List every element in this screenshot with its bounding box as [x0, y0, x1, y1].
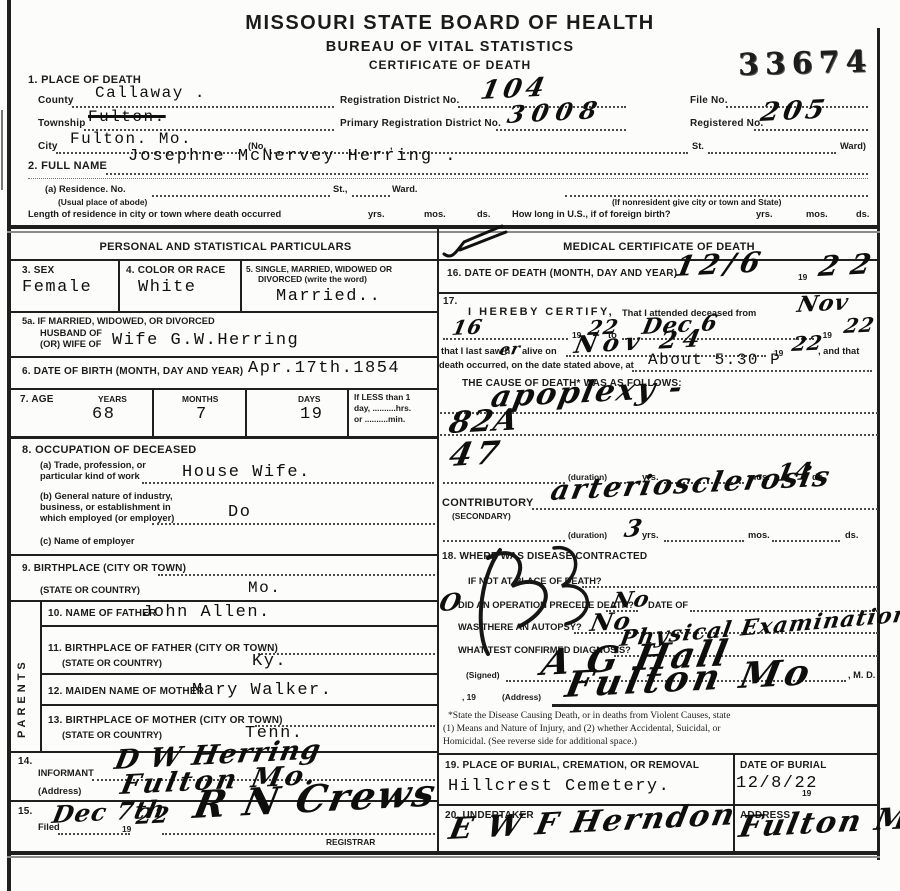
alive-on-text: alive on	[522, 346, 557, 356]
race-value: White	[138, 278, 197, 297]
city-label: City	[38, 141, 58, 152]
parents-strip-divider	[40, 600, 42, 752]
yrs-label: yrs.	[642, 530, 659, 540]
marital-value: Married..	[276, 287, 381, 306]
leader-line	[772, 540, 840, 542]
death-certificate: MISSOURI STATE BOARD OF HEALTH BUREAU OF…	[0, 0, 900, 891]
leader-line	[162, 833, 435, 835]
contributory-value: arteriosclerosis	[548, 460, 834, 507]
cell-divider	[347, 388, 349, 436]
signed-label: (Signed)	[466, 670, 500, 680]
township-value: Fulton.	[88, 108, 166, 126]
ward-label: Ward)	[840, 141, 866, 151]
row-divider	[7, 356, 437, 358]
full-name-value: Josephne McNervey Herring .	[128, 147, 457, 166]
state-country-label: (STATE OR COUNTRY)	[62, 658, 162, 668]
how-long-us-label: How long in U.S., if of foreign birth?	[512, 209, 671, 219]
parents-label: PARENTS	[16, 638, 28, 738]
less-than-label-2: day, ..........hrs.	[354, 403, 411, 413]
duration-label: (duration)	[568, 530, 607, 540]
residence-ward-label: Ward.	[392, 184, 417, 194]
burial-date-label: DATE OF BURIAL	[740, 760, 827, 771]
check-scribble-icon	[440, 222, 510, 262]
occ-c-label: (c) Name of employer	[40, 536, 135, 546]
right-border	[877, 28, 880, 860]
yrs-label: yrs.	[368, 209, 385, 219]
date-of-label: DATE OF	[648, 600, 688, 610]
attended-from-day: 16	[450, 314, 485, 340]
registered-no-value: 205	[758, 95, 831, 128]
row-divider	[438, 753, 878, 755]
burial-place-value: Hillcrest Cemetery.	[448, 777, 670, 796]
footnote-line-2: (1) Means and Nature of Injury, and (2) …	[443, 723, 721, 734]
time-of-death-value: About 5.30 P	[648, 351, 781, 369]
less-than-label-3: or ..........min.	[354, 414, 405, 424]
wife-of-label: (OR) WIFE OF	[40, 339, 101, 349]
residence-label: (a) Residence. No.	[45, 184, 126, 194]
md-label: , M. D.	[848, 670, 875, 680]
and-that-text: , and that	[818, 346, 859, 356]
item-17-number: 17.	[443, 296, 458, 307]
leader-line	[664, 540, 744, 542]
leader-line	[28, 178, 868, 179]
yrs-label: yrs.	[756, 209, 773, 219]
marital-label: 5. SINGLE, MARRIED, WIDOWED OR	[246, 264, 392, 274]
page-title: MISSOURI STATE BOARD OF HEALTH	[38, 12, 862, 35]
mos-label: mos.	[424, 209, 446, 219]
residence-st-label: St.,	[333, 184, 347, 194]
occ-b-label: (b) General nature of industry,	[40, 491, 173, 501]
cause-code-2: 47	[446, 433, 507, 474]
occ-a-label: (a) Trade, profession, or	[40, 460, 146, 470]
spouse-value: Wife G.W.Herring	[112, 331, 299, 350]
filed-19-label: 19	[122, 824, 131, 834]
date-of-death-label: 16. DATE OF DEATH (MONTH, DAY AND YEAR)	[447, 268, 677, 279]
physician-address-label: (Address)	[502, 692, 541, 702]
row-divider	[7, 388, 437, 390]
township-label: Township	[38, 118, 86, 129]
cell-divider	[240, 259, 242, 312]
age-months-value: 7	[196, 405, 208, 424]
leader-line	[152, 523, 435, 525]
days-label: DAYS	[298, 394, 321, 404]
age-years-value: 68	[92, 405, 115, 424]
occ-a-value: House Wife.	[182, 463, 311, 482]
occ-b-label-2: business, or establishment in	[40, 502, 171, 512]
leader-line	[352, 195, 390, 197]
row-divider	[552, 704, 878, 707]
filed-year-value: 22	[134, 802, 172, 830]
date-of-death-value: 12/6	[672, 245, 768, 283]
occ-b-value: Do	[228, 503, 251, 522]
her-handwritten: er	[498, 339, 523, 359]
leader-line	[532, 508, 878, 510]
age-label: 7. AGE	[20, 394, 54, 405]
dob-label: 6. DATE OF BIRTH (MONTH, DAY AND YEAR)	[22, 366, 243, 377]
months-label: MONTHS	[182, 394, 218, 404]
ds-label: ds.	[477, 209, 490, 219]
state-country-label: (STATE OR COUNTRY)	[62, 730, 162, 740]
mother-name-label: 12. MAIDEN NAME OF MOTHER	[48, 686, 204, 697]
sex-value: Female	[22, 278, 92, 297]
occupation-label: 8. OCCUPATION OF DECEASED	[22, 444, 197, 456]
county-value: Callaway .	[95, 84, 206, 102]
spouse-label: 5a. IF MARRIED, WIDOWED, OR DIVORCED	[22, 316, 215, 326]
row-divider	[7, 311, 437, 313]
st-label: St.	[692, 141, 704, 151]
length-residence-label: Length of residence in city or town wher…	[28, 209, 281, 219]
registrar-label: REGISTRAR	[326, 837, 375, 847]
leader-line	[708, 152, 836, 154]
row-divider	[40, 673, 437, 675]
left-column-header: PERSONAL AND STATISTICAL PARTICULARS	[14, 241, 437, 253]
printed-19: 19	[802, 788, 811, 798]
father-birthplace-label: 11. BIRTHPLACE OF FATHER (CITY OR TOWN)	[48, 643, 278, 654]
undertaker-address-value: Fulton Mo	[736, 800, 900, 845]
primary-district-label: Primary Registration District No.	[340, 118, 501, 129]
marital-label-2: DIVORCED (write the word)	[258, 274, 367, 284]
item-15-number: 15.	[18, 806, 33, 817]
leader-line	[754, 129, 868, 131]
informant-label: INFORMANT	[38, 768, 94, 778]
certificate-number-stamp: 33674	[738, 44, 873, 83]
birthplace-label: 9. BIRTHPLACE (CITY OR TOWN)	[22, 563, 186, 574]
footnote-line-3: Homicidal. (See reverse side for additio…	[443, 736, 637, 747]
file-no-label: File No.	[690, 95, 728, 106]
footnote-line-1: *State the Disease Causing Death, or in …	[448, 710, 730, 721]
nonresident-label: (If nonresident give city or town and St…	[612, 197, 781, 207]
secondary-label: (SECONDARY)	[452, 511, 511, 521]
item-14-number: 14.	[18, 756, 33, 767]
leader-line	[158, 574, 435, 576]
father-name-label: 10. NAME OF FATHER	[48, 608, 156, 619]
occ-a-label-2: particular kind of work	[40, 471, 140, 481]
county-label: County	[38, 95, 74, 106]
attended-from-month: Nov	[795, 289, 851, 318]
column-divider	[437, 225, 439, 853]
less-than-label: If LESS than 1	[354, 392, 410, 402]
attended-to-year: 22	[842, 312, 877, 338]
father-name-value: John Allen.	[142, 603, 271, 622]
burial-label: 19. PLACE OF BURIAL, CREMATION, OR REMOV…	[445, 760, 699, 771]
row-divider	[7, 554, 437, 556]
registered-no-label: Registered No.	[690, 118, 763, 129]
overlay-scribble	[458, 542, 608, 667]
leader-line	[58, 833, 130, 835]
mos-label: mos.	[748, 530, 770, 540]
city-value: Fulton. Mo.	[70, 130, 192, 148]
leader-line	[106, 173, 868, 175]
row-divider	[7, 436, 437, 439]
date-of-death-year: 2 2	[816, 247, 875, 283]
leader-line	[496, 129, 626, 131]
registration-district-label: Registration District No.	[340, 95, 459, 106]
race-label: 4. COLOR OR RACE	[126, 265, 225, 276]
leader-line	[443, 482, 565, 484]
full-name-label: 2. FULL NAME	[28, 160, 107, 172]
state-country-label: (STATE OR COUNTRY)	[40, 585, 140, 595]
years-label: YEARS	[98, 394, 127, 404]
death-occurred-text: death occurred, on the date stated above…	[439, 360, 634, 370]
birthplace-value: Mo.	[248, 579, 281, 597]
husband-of-label: HUSBAND OF	[40, 328, 102, 338]
scan-artifact	[7, 856, 880, 858]
father-birthplace-value: Ky.	[252, 652, 287, 671]
cell-divider	[118, 259, 120, 312]
printed-19: 19	[798, 272, 807, 282]
row-divider	[7, 600, 437, 602]
bottom-border	[7, 851, 880, 855]
leader-line	[152, 195, 330, 197]
scan-artifact	[1, 110, 3, 190]
mos-label: mos.	[806, 209, 828, 219]
ds-label: ds.	[856, 209, 869, 219]
row-divider	[40, 704, 437, 706]
sex-label: 3. SEX	[22, 265, 54, 276]
mother-name-value: Mary Walker.	[192, 681, 332, 700]
informant-address-label: (Address)	[38, 786, 81, 796]
occ-b-label-3: which employed (or employer)	[40, 513, 174, 523]
age-days-value: 19	[300, 405, 323, 424]
left-border	[7, 0, 11, 891]
cell-divider	[152, 388, 154, 436]
abode-label: (Usual place of abode)	[58, 197, 147, 207]
dob-value: Apr.17th.1854	[248, 359, 400, 378]
cell-divider	[245, 388, 247, 436]
comma-19-label: , 19	[462, 692, 476, 702]
contributory-label: CONTRIBUTORY	[442, 497, 534, 509]
row-divider	[40, 625, 437, 627]
leader-line	[142, 482, 434, 484]
primary-district-value: 3008	[505, 95, 607, 129]
ds-label: ds.	[845, 530, 858, 540]
